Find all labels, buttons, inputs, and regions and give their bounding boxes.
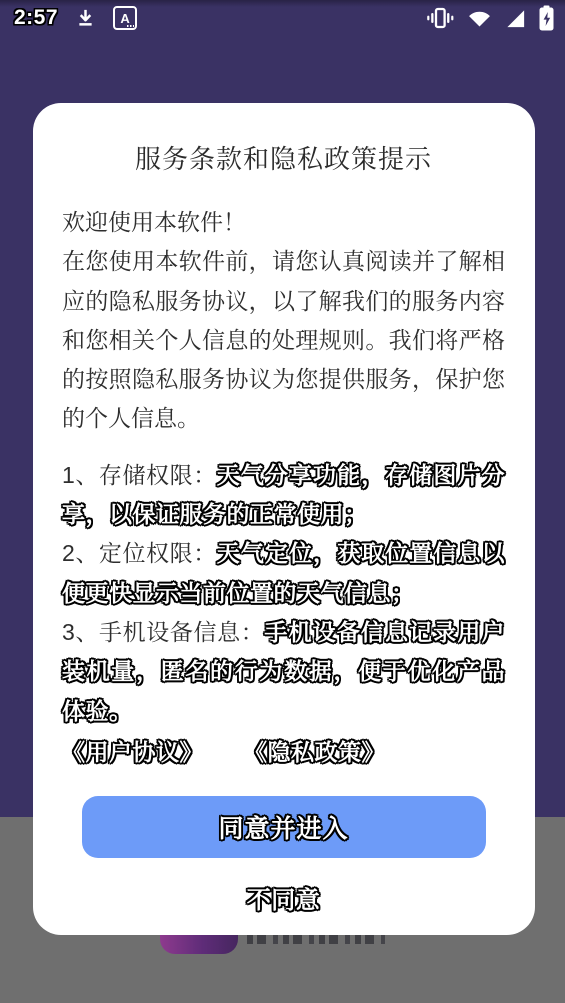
a-badge-letter: A xyxy=(120,11,129,26)
dialog-title: 服务条款和隐私政策提示 xyxy=(62,139,505,176)
status-bar: 2:57 A xyxy=(0,0,565,36)
cellular-signal-icon xyxy=(504,7,527,30)
policy-links: 《用户协议》 《隐私政策》 xyxy=(62,733,505,772)
privacy-policy-link[interactable]: 《隐私政策》 xyxy=(244,733,385,772)
status-bar-right xyxy=(425,4,555,32)
intro-rest: 在您使用本软件前，请您认真阅读并了解相应的隐私服务协议，以了解我们的服务内容和您… xyxy=(62,248,505,431)
intro-line1: 欢迎使用本软件！ xyxy=(62,209,246,235)
disagree-button[interactable]: 不同意 xyxy=(62,880,505,915)
privacy-dialog: 服务条款和隐私政策提示 欢迎使用本软件！在您使用本软件前，请您认真阅读并了解相应… xyxy=(33,103,535,935)
battery-charging-icon xyxy=(538,4,555,32)
background-app-text-blur xyxy=(247,934,385,944)
permission-item-device-info: 3、手机设备信息：手机设备信息记录用户装机量，匿名的行为数据，便于优化产品体验。 xyxy=(62,613,505,731)
intro-paragraph: 欢迎使用本软件！在您使用本软件前，请您认真阅读并了解相应的隐私服务协议，以了解我… xyxy=(62,203,505,439)
permission-prefix: 2、定位权限： xyxy=(62,540,217,566)
permission-prefix: 3、手机设备信息： xyxy=(62,619,264,645)
agree-button[interactable]: 同意并进入 xyxy=(82,796,486,858)
permission-item-location: 2、定位权限：天气定位，获取位置信息以便更快显示当前位置的天气信息； xyxy=(62,534,505,613)
user-agreement-link[interactable]: 《用户协议》 xyxy=(62,733,203,772)
permission-prefix: 1、存储权限： xyxy=(62,462,217,488)
a-badge-icon: A xyxy=(113,6,137,30)
screen: 2:57 A xyxy=(0,0,565,1003)
vibrate-icon xyxy=(425,5,455,31)
status-time: 2:57 xyxy=(14,6,58,30)
a-badge-dots xyxy=(127,25,134,27)
permission-item-storage: 1、存储权限：天气分享功能，存储图片分享，以保证服务的正常使用； xyxy=(62,456,505,535)
status-bar-left: 2:57 A xyxy=(14,6,137,30)
wifi-icon xyxy=(466,6,493,30)
download-icon xyxy=(74,7,97,30)
